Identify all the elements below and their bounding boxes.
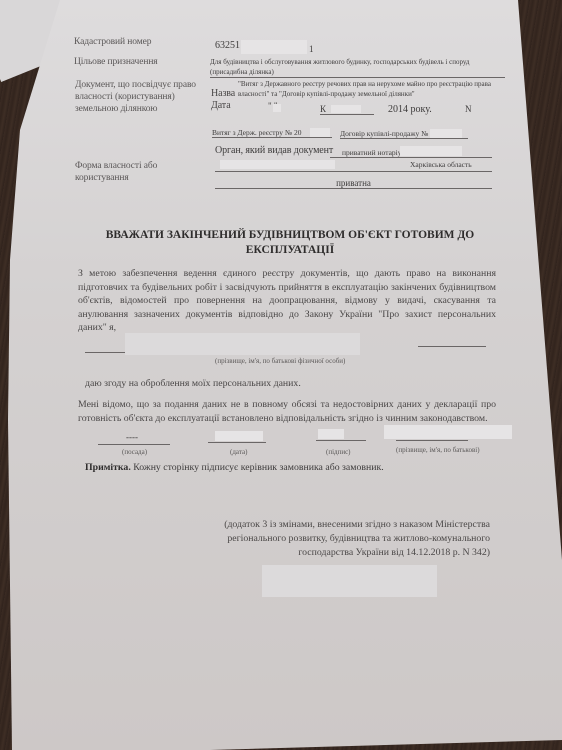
redacted-block [215, 431, 263, 441]
note-label: Примітка. [85, 462, 131, 473]
signature-line [316, 440, 366, 441]
position-line [98, 444, 170, 445]
document-page: Кадастровий номер 63251 1 Цільове призна… [0, 0, 562, 750]
purpose-label: Цільове призначення [74, 57, 158, 67]
redacted-block [125, 333, 360, 355]
appendix-reference: (додаток 3 із змінами, внесеними згідно … [200, 518, 490, 560]
number-sign: N [465, 104, 472, 114]
cadastral-number-value: 63251 [215, 40, 240, 51]
redacted-block [262, 565, 437, 597]
date-line [208, 442, 266, 443]
redacted-block [220, 160, 335, 169]
note: Примітка. Кожну сторінку підписує керівн… [85, 462, 384, 473]
consent-statement: даю згоду на оброблення моїх персональни… [85, 378, 301, 389]
position-value: ---- [126, 432, 138, 442]
date-year: 2014 року. [388, 104, 432, 115]
note-text: Кожну сторінку підписує керівник замовни… [133, 462, 383, 473]
ownership-form-value: приватна [215, 178, 492, 189]
purpose-value: Для будівництва і обслуговування житлово… [210, 57, 505, 78]
name-line-left [85, 352, 130, 353]
document-title: ВВАЖАТИ ЗАКІНЧЕНИЙ БУДІВНИЦТВОМ ОБ'ЄКТ Г… [80, 228, 500, 258]
redacted-block [310, 128, 330, 137]
redacted-block [331, 105, 361, 113]
document-name-value: "Витяг з Державного реєстру речових прав… [238, 80, 508, 99]
ownership-form-label: Форма власності або користування [75, 160, 205, 184]
date-label: Дата [211, 100, 231, 111]
full-name-line [396, 440, 468, 441]
person-name-caption: (прізвище, ім'я, по батькові фізичної ос… [215, 357, 345, 365]
signature-caption: (підпис) [326, 448, 351, 456]
consent-paragraph: З метою забезпечення ведення єдиного реє… [78, 267, 496, 335]
name-label: Назва [211, 88, 235, 99]
name-line-right [418, 346, 486, 347]
full-name-caption: (прізвище, ім'я, по батькові) [396, 446, 480, 454]
cadastral-number-suffix: 1 [309, 44, 314, 54]
issuer-region: Харківська область [410, 160, 472, 169]
redacted-block [273, 104, 281, 112]
issuer-label: Орган, який видав документ [215, 145, 333, 156]
cadastral-number-label: Кадастровий номер [74, 37, 151, 47]
liability-paragraph: Мені відомо, що за подання даних не в по… [78, 398, 496, 425]
date-caption: (дата) [230, 448, 247, 456]
redacted-block [241, 40, 307, 54]
redacted-block [318, 429, 344, 439]
redacted-block [430, 129, 462, 138]
redacted-block [400, 146, 462, 156]
position-caption: (посада) [122, 448, 147, 456]
redacted-block [384, 425, 512, 439]
ownership-document-label: Документ, що посвідчує право власності (… [75, 79, 205, 115]
